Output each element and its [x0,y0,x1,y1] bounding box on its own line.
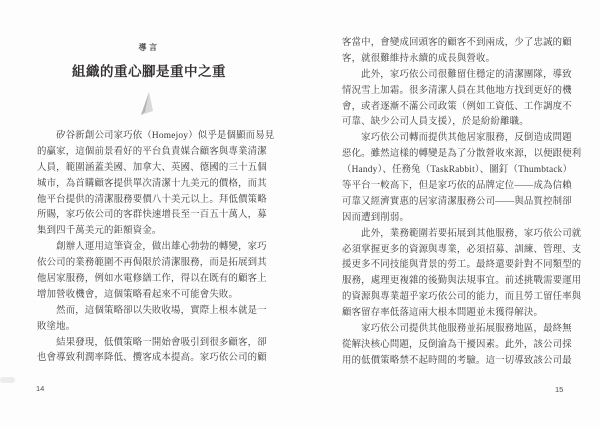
text-line: 的贏家，這個前景看好的平台負責媒合顧客與專業清潔 [37,145,261,161]
text-line: 敗塗地。 [37,320,261,336]
text-line: 的資源與專業超乎家巧依公司的能力，而且勞工留任率與 [342,290,564,306]
text-line: 城市，為首購顧客提供單次清潔十九美元的價格，而其 [37,177,261,193]
text-line: 集到四千萬美元的鉅額資金。 [37,224,261,240]
chapter-header: 導言 組織的重心腳是重中之重 [37,42,261,80]
text-line: 家巧依公司轉而提供其他居家服務，反倒造成問題 [342,131,564,147]
text-line: 因而遭到削弱。 [342,211,564,227]
text-line: 此外，家巧依公司很難留住穩定的清潔團隊，導致 [342,68,564,84]
text-line: 此外，業務範圍若要拓展到其他服務，家巧依公司就 [342,227,564,243]
scan-artifact [0,377,15,383]
text-line: 人員，範圍涵蓋美國、加拿大、英國、德國的三十五個 [37,161,261,177]
text-line: 矽谷新創公司家巧依（Homejoy）似乎是個顯而易見 [37,129,261,145]
text-line: 必須掌握更多的資源與專業，必須招募、訓練、管理、支 [342,243,564,259]
text-line: 也會導致利潤率降低、攬客成本提高。家巧依公司的顧 [37,351,261,367]
page-number-right: 15 [555,385,563,394]
page-number-left: 14 [36,384,44,393]
text-line: 創辦人運用這筆資金，做出雄心勃勃的轉變，家巧 [37,240,261,256]
body-text-right: 客當中，會變成回頭客的顧客不到兩成，少了忠誠的顧客，就很難維持永續的成長與營收。… [342,36,564,370]
text-line: 增加營收機會，這個策略看起來不可能會失敗。 [37,288,261,304]
text-line: 可靠、缺少公司人員支援），於是紛紛離職。 [342,115,564,131]
text-line: 家巧依公司提供其他服務並拓展服務地區，最終無 [342,322,564,338]
text-line: （Handy）、任務兔（TaskRabbit）、圖釘（Thumbtack） [342,163,564,179]
text-line: 等平台一較高下，但是家巧依的品牌定位——成為信賴 [342,179,564,195]
text-line: 援更多不同技能與背景的勞工。最終還要針對不同類型的 [342,258,564,274]
text-line: 可靠又經濟實惠的居家清潔服務公司——與品質控制卻 [342,195,564,211]
page-right: 客當中，會變成回頭客的顧客不到兩成，少了忠誠的顧客，就很難維持永續的成長與營收。… [300,0,600,428]
page-left: 導言 組織的重心腳是重中之重 矽谷新創公司家巧依（Homejoy）似乎是個顯而易… [0,0,300,428]
text-line: 從解決核心問題，反倒淪為干擾因素。此外，該公司採 [342,338,564,354]
text-line: 依公司的業務範圍不再侷限於清潔服務，而是拓展到其 [37,256,261,272]
body-text-left: 矽谷新創公司家巧依（Homejoy）似乎是個顯而易見的贏家，這個前景看好的平台負… [37,129,261,367]
book-spread: 導言 組織的重心腳是重中之重 矽谷新創公司家巧依（Homejoy）似乎是個顯而易… [0,0,600,428]
section-label: 導言 [37,42,261,53]
text-line: 會，或者逐漸不滿公司政策（例如工資低、工作調度不 [342,100,564,116]
text-line: 所賜，家巧依公司的客群快速增長至一百五十萬人，募 [37,208,261,224]
text-line: 惡化。雖然這樣的轉變是為了分散營收來源，以便跟便利 [342,147,564,163]
text-line: 情況雪上加霜。很多清潔人員在其他地方找到更好的機 [342,84,564,100]
text-line: 客當中，會變成回頭客的顧客不到兩成，少了忠誠的顧 [342,36,564,52]
text-line: 結果發現，低價策略一開始會吸引到很多顧客，卻 [37,336,261,352]
page-fold-icon [136,91,156,117]
text-line: 服務，處理更複雜的後勤與法規事宜。前述挑戰需要運用 [342,274,564,290]
text-line: 客，就很難維持永續的成長與營收。 [342,52,564,68]
text-line: 顧客留存率低落這兩大根本問題並未獲得解決。 [342,306,564,322]
text-line: 他居家服務，例如水電修繕工作，得以在既有的顧客上 [37,272,261,288]
text-line: 用的低價策略禁不起時間的考驗。這一切導致該公司最 [342,354,564,370]
text-line: 他平台提供的清潔服務要價八十美元以上。拜低價策略 [37,193,261,209]
text-line: 然而，這個策略卻以失敗收場，實際上根本就是一 [37,304,261,320]
chapter-title: 組織的重心腳是重中之重 [37,60,261,80]
